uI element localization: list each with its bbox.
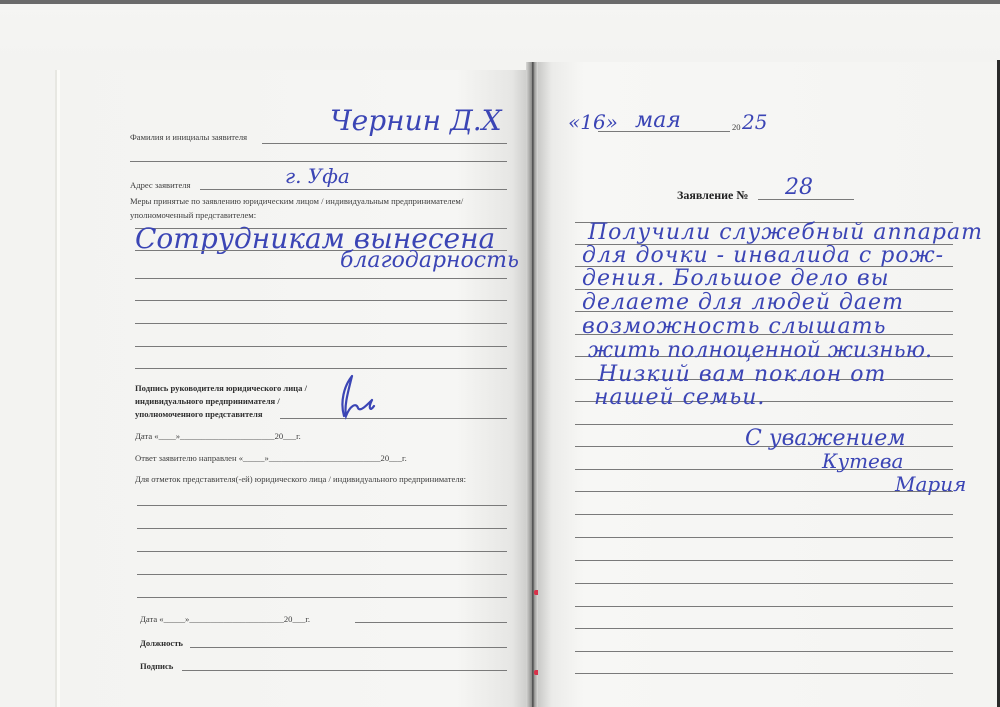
handwritten-signature bbox=[330, 372, 376, 422]
form-line bbox=[135, 300, 507, 301]
closing-first-name: Мария bbox=[895, 472, 966, 496]
signature-line bbox=[280, 418, 507, 419]
text-line bbox=[575, 560, 953, 561]
closing-surname: Кутева bbox=[822, 449, 903, 473]
book-spine bbox=[526, 62, 538, 707]
date-line bbox=[598, 131, 730, 132]
text-line bbox=[575, 651, 953, 652]
closing-regards: С уважением bbox=[745, 426, 905, 451]
statement-body-line: возможность слышать bbox=[582, 314, 886, 339]
form-line bbox=[135, 368, 507, 369]
date-year-suffix: 25 bbox=[742, 110, 767, 134]
statement-body-line: делаете для людей дает bbox=[582, 290, 904, 315]
applicant-address-line bbox=[200, 189, 507, 190]
measures-text-cont: благодарность bbox=[340, 248, 519, 273]
form-line bbox=[137, 597, 507, 598]
notes-label: Для отметок представителя(-ей) юридическ… bbox=[135, 474, 466, 484]
signature-label: Подпись руководителя юридического лица / bbox=[135, 383, 307, 393]
measures-label: Меры принятые по заявлению юридическим л… bbox=[130, 196, 463, 206]
form-line bbox=[135, 346, 507, 347]
sign-line bbox=[182, 670, 507, 671]
statement-title: Заявление № bbox=[677, 188, 748, 203]
text-line bbox=[575, 514, 953, 515]
statement-body-line: жить полноценной жизнью. bbox=[588, 338, 932, 363]
form-line bbox=[135, 323, 507, 324]
position-label: Должность bbox=[140, 638, 183, 648]
statement-body-line: для дочки - инвалида с рож- bbox=[582, 243, 944, 268]
text-line bbox=[575, 537, 953, 538]
form-line bbox=[137, 574, 507, 575]
statement-number: 28 bbox=[785, 175, 813, 200]
applicant-name-value: Чернин Д.Х bbox=[330, 104, 502, 137]
text-line bbox=[575, 583, 953, 584]
text-line bbox=[575, 424, 953, 425]
applicant-name-label: Фамилия и инициалы заявителя bbox=[130, 132, 247, 142]
applicant-name-line bbox=[262, 143, 507, 144]
sign-label: Подпись bbox=[140, 661, 173, 671]
form-line bbox=[130, 161, 507, 162]
form-line bbox=[137, 528, 507, 529]
text-line bbox=[575, 673, 953, 674]
statement-body-line: дения. Большое дело вы bbox=[582, 266, 890, 291]
form-line bbox=[355, 622, 507, 623]
position-line bbox=[190, 647, 507, 648]
statement-date-month: мая bbox=[635, 108, 681, 133]
response-label: Ответ заявителю направлен «_____»_______… bbox=[135, 453, 407, 463]
statement-body-line: Получили служебный аппарат bbox=[588, 220, 983, 245]
applicant-address-label: Адрес заявителя bbox=[130, 180, 191, 190]
date-label: Дата «____»______________________20___г. bbox=[135, 431, 301, 441]
statement-body-line: нашей семьи. bbox=[594, 385, 765, 410]
form-line bbox=[135, 278, 507, 279]
signature-label-cont: индивидуального предпринимателя / bbox=[135, 396, 280, 406]
form-line bbox=[137, 505, 507, 506]
date2-label: Дата «_____»______________________20___г… bbox=[140, 614, 310, 624]
applicant-address-value: г. Уфа bbox=[285, 164, 350, 188]
statement-body-line: Низкий вам поклон от bbox=[598, 362, 886, 387]
measures-label-cont: уполномоченный представителем: bbox=[130, 210, 256, 220]
date-year-prefix: 20 bbox=[732, 122, 741, 132]
signature-label-cont: уполномоченного представителя bbox=[135, 409, 262, 419]
form-line bbox=[137, 551, 507, 552]
text-line bbox=[575, 628, 953, 629]
scan-edge bbox=[0, 0, 1000, 4]
text-line bbox=[575, 606, 953, 607]
